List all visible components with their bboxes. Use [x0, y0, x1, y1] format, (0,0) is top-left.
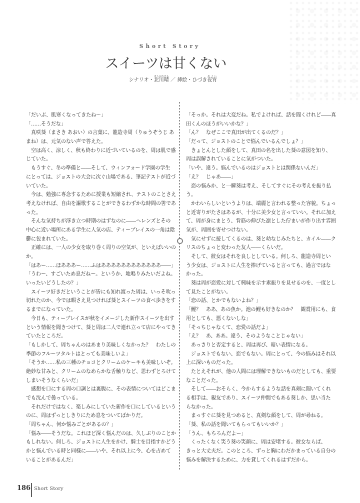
text-line: う少女は、ジョストに人生を捧げていると言っても、過言ではな: [186, 261, 336, 270]
text-line: もしれない。何しろ、ジョストに人生をかけ、騎士を目指すかどう: [26, 438, 176, 447]
text-line: それだけではなく、楽しみにしていた新作を口にしているという: [26, 402, 176, 411]
text-line: 「はあー……ほあああー……ふはああああああああああああ――」: [26, 261, 176, 270]
text-line: いったいどうしたの？」: [26, 279, 176, 288]
text-line: 中心に近い場所にある学生に人気の店、ティーブレイスの一角は陰: [26, 226, 176, 235]
text-line: 今は、勉強に専念するために授業も短縮され、テストのことさえ: [26, 190, 176, 199]
text-line: くったくなく笑う葵の笑顔に、周は安堵する。彼女ならば、: [186, 438, 336, 447]
left-text-column: 「だいぶ、肌寒くなってきたね～」「……そうだな」 真咲葵（まさき あおい）の言葉…: [26, 111, 176, 465]
text-line: ジョストでもない、恋でもない。周にとって、今の悩みはそれ以: [186, 349, 336, 358]
text-line: ていたところだ。: [26, 332, 176, 341]
text-line: 「周ちゃん、何か悩みごとがあるの？」: [26, 420, 176, 429]
footer-section-label: Short Story: [34, 485, 63, 493]
text-line: 「うん、もちろんだよー」: [186, 429, 336, 438]
text-line: 葵は周が恋愛に対して興味を示す素振りを見せるのを、一度とし: [186, 279, 336, 288]
text-line: 感想を口にする周の口調とは裏腹に、その表情についてはどこま: [26, 385, 176, 394]
text-line: 「鯉？ ああ、あの魚か。池の鯉も好きなのか？ 観賞用にも、食: [186, 305, 336, 314]
text-line: じていた。: [26, 155, 176, 164]
text-line: 「だいぶ、肌寒くなってきたね～」: [26, 111, 176, 120]
illustrator-name-ruby: やよい: [207, 75, 217, 78]
text-line: 絶妙な甘みと、クリームのなめらかな舌触りなど、思わずとろけて: [26, 367, 176, 376]
text-line: らなかった。: [186, 402, 336, 411]
text-line: 空は高く、涼しく、秋も終わりに近づいているのを、周は肌で感: [26, 146, 176, 155]
text-line: 田くんのほうがいいかな？」: [186, 119, 336, 128]
text-line: そして――おそらく、今からするような話を真剣に聞いてくれ: [186, 385, 336, 394]
text-line: 鬱に包まれていた。: [26, 234, 176, 243]
text-line: 今日も、ティーブレイスが秋をイメージした新作スイーツを出す: [26, 314, 176, 323]
text-line: という情報を聞きつけて、葵と周は二人で連れ立って店にやってき: [26, 323, 176, 332]
text-line: かわいらしいというよりは、端麗と言われる整った容貌。ちょっ: [186, 199, 336, 208]
text-line: にとっては、ジョストの大会に次ぐ山場である、筆記テストが近づ: [26, 173, 176, 182]
text-line: 「そっか。それは大変だね。私でよければ、話を聞くけれど――真: [186, 111, 336, 120]
text-line: 「そっちじゃなくて、恋愛の話だよ」: [186, 323, 336, 332]
text-line: か。: [26, 252, 176, 261]
left-column-lines: 「だいぶ、肌寒くなってきたね～」「……そうだな」 真咲葵（まさき あおい）の言葉…: [26, 111, 176, 465]
scenario-author-name: 北川晴: [154, 78, 169, 84]
divider-ornament-icon: [177, 238, 183, 244]
text-line: 恋の悩みか、と一瞬葵は考え、そしてすぐにその考えを振り払: [186, 181, 336, 190]
text-line: 「え？ じゃあ――」: [186, 173, 336, 182]
scenario-author: 北川晴きたがわはる: [154, 78, 169, 84]
text-line: もうすぐ、冬の準備と――そして、ウィンフォード学園の学生: [26, 164, 176, 173]
series-label-text: Short Story: [110, 43, 230, 50]
text-line: った。: [26, 208, 176, 217]
text-line: て見たことがない。: [186, 287, 336, 296]
text-line: リスのちょっと変わった友人――くらいだ。: [186, 243, 336, 252]
text-line: まっすぐに葵を見つめると、真剣な顔をして、周が尋ねる。: [186, 411, 336, 420]
text-line: かった。: [186, 270, 336, 279]
text-line: 気が、周囲を寄せつけない。: [186, 226, 336, 235]
illustrator-name: 夜宵やよい: [207, 78, 217, 84]
text-line: 上に深いものだった。: [186, 358, 336, 367]
text-line: る相手は、親友であり、スイーツ仲間でもある葵しか、思い当た: [186, 394, 336, 403]
text-line: 周は誤解されていることに気がついた。: [186, 155, 336, 164]
right-text-column: 「そっか。それは大変だね。私でよければ、話を聞くけれど――真田くんのほうがいいか…: [186, 111, 336, 465]
text-line: そして、彼女はそれを良しとしている。何しろ、龍造寺周とい: [186, 252, 336, 261]
text-line: きっと大丈夫だ。このところ、ずっと胸にわだかまっている自分の: [186, 447, 336, 456]
text-line: スイーツ好きだということが皆にも知れ渡った周は、いっそ吹っ: [26, 287, 176, 296]
scenario-author-ruby: きたがわはる: [154, 75, 169, 78]
text-line: 「……そうだな」: [26, 119, 176, 128]
text-line: 「そうか……私の三種のチョコとクリームのケーキも美味しいぞ。: [26, 358, 176, 367]
text-line: 用としても、悪くないしな」: [186, 314, 336, 323]
text-line: かと悩んでいる時と同様に――いや、それ以上に今、心を占めて: [26, 447, 176, 456]
text-line: 「え？ あ、ああ。違う、そのようなことじゃない」: [186, 332, 336, 341]
text-line: 「恋の話、とかでもないよね？」: [186, 296, 336, 305]
text-line: 「だって、ジョストのことで悩んでいるんでしょ？」: [186, 137, 336, 146]
text-line: 悩みを解決するために、力を貸してくれるはずだから。: [186, 456, 336, 465]
text-line: 「もしかして、周ちゃんのはあまり美味しくなかった？ わたしの: [26, 341, 176, 350]
text-line: たとえそれが、他の人間には理解できないものだとしても、重要: [186, 367, 336, 376]
illustrator-name-kanji: 夜宵: [207, 78, 217, 84]
illustration-label: 挿絵・ひづき: [177, 78, 207, 84]
story-title: スイーツは甘くない: [0, 56, 332, 73]
text-line: 「ん？ なぜここで真田が出てくるのだ？」: [186, 128, 336, 137]
text-line: まね）は、元気のない声で答えた。: [26, 137, 176, 146]
footer-divider-bar: [31, 483, 32, 497]
text-line: 「うわー、すごいため息だねー。というか、地鳴りみたいだよね。: [26, 270, 176, 279]
text-line: でも沈んで曇っている。: [26, 394, 176, 403]
credits-separator: ／: [169, 78, 177, 84]
text-line: と近寄りがたさはあるが、十分に美少女と言っていい。それに加え: [186, 208, 336, 217]
text-line: あっさりと否定すると、周は再び、暗い表情になる。: [186, 341, 336, 350]
decorative-lace-pattern: [288, 0, 360, 104]
text-line: う。: [186, 190, 336, 199]
footer-section: Short Story: [34, 485, 93, 501]
text-line: なことだった。: [186, 376, 336, 385]
column-divider: [179, 102, 180, 471]
text-line: 「悩み――そうだな。これほど深く悩んだのは、久しぶりのことか: [26, 429, 176, 438]
text-line: 「いや、違う。悩んでいるのはジョストとは関係ないんだ」: [186, 164, 336, 173]
text-line: 気にせずに接してくるのは、葵と幼なじみたちと、カイル――ク: [186, 234, 336, 243]
text-line: 「葵、私の話を聞いてもらってもいいか？」: [186, 420, 336, 429]
text-line: て、周が身にまとう、背筋の伸びた凛とした佇まいが作り出す雰囲: [186, 217, 336, 226]
text-line: 真咲葵（まさき あおい）の言葉に、龍造寺周（りゅうぞうじ あ: [26, 128, 176, 137]
series-label: Short Story: [110, 43, 230, 51]
text-line: きょとんとした顔をして、真田の名を出した葵の意図を知り、: [186, 146, 336, 155]
text-line: いていた。: [26, 181, 176, 190]
text-line: 考えなければ、自由を謳歌することができるわずかな時間の筈であ: [26, 199, 176, 208]
text-line: そんな気持ちが浮き立つ時期のはずなのに――ヘレンズとその: [26, 217, 176, 226]
text-line: のに、周はずっとしきりにため息をついてばかりだ。: [26, 411, 176, 420]
page-number-text: 186: [17, 484, 31, 493]
text-line: 切れたのか、今では暇さえ見つければ葵とスイーツの食べ歩きをす: [26, 296, 176, 305]
credits-text: シナリオ・北川晴きたがわはる ／ 挿絵・ひづき夜宵やよい: [108, 75, 238, 86]
right-column-lines: 「そっか。それは大変だね。私でよければ、話を聞くけれど――真田くんのほうがいいか…: [186, 111, 336, 465]
text-line: るまでになっていた。: [26, 305, 176, 314]
text-line: しまいそうなくらいだ」: [26, 376, 176, 385]
text-line: いることがあるんだ」: [26, 456, 176, 465]
scenario-label: シナリオ・: [129, 78, 154, 84]
text-line: 正確には、一人の少女を取り巻く周りの空気が、といえばいいの: [26, 243, 176, 252]
text-line: 季節のフルーツタルトはとっても美味しいよ」: [26, 349, 176, 358]
credits-line: シナリオ・北川晴きたがわはる ／ 挿絵・ひづき夜宵やよい: [108, 75, 238, 87]
